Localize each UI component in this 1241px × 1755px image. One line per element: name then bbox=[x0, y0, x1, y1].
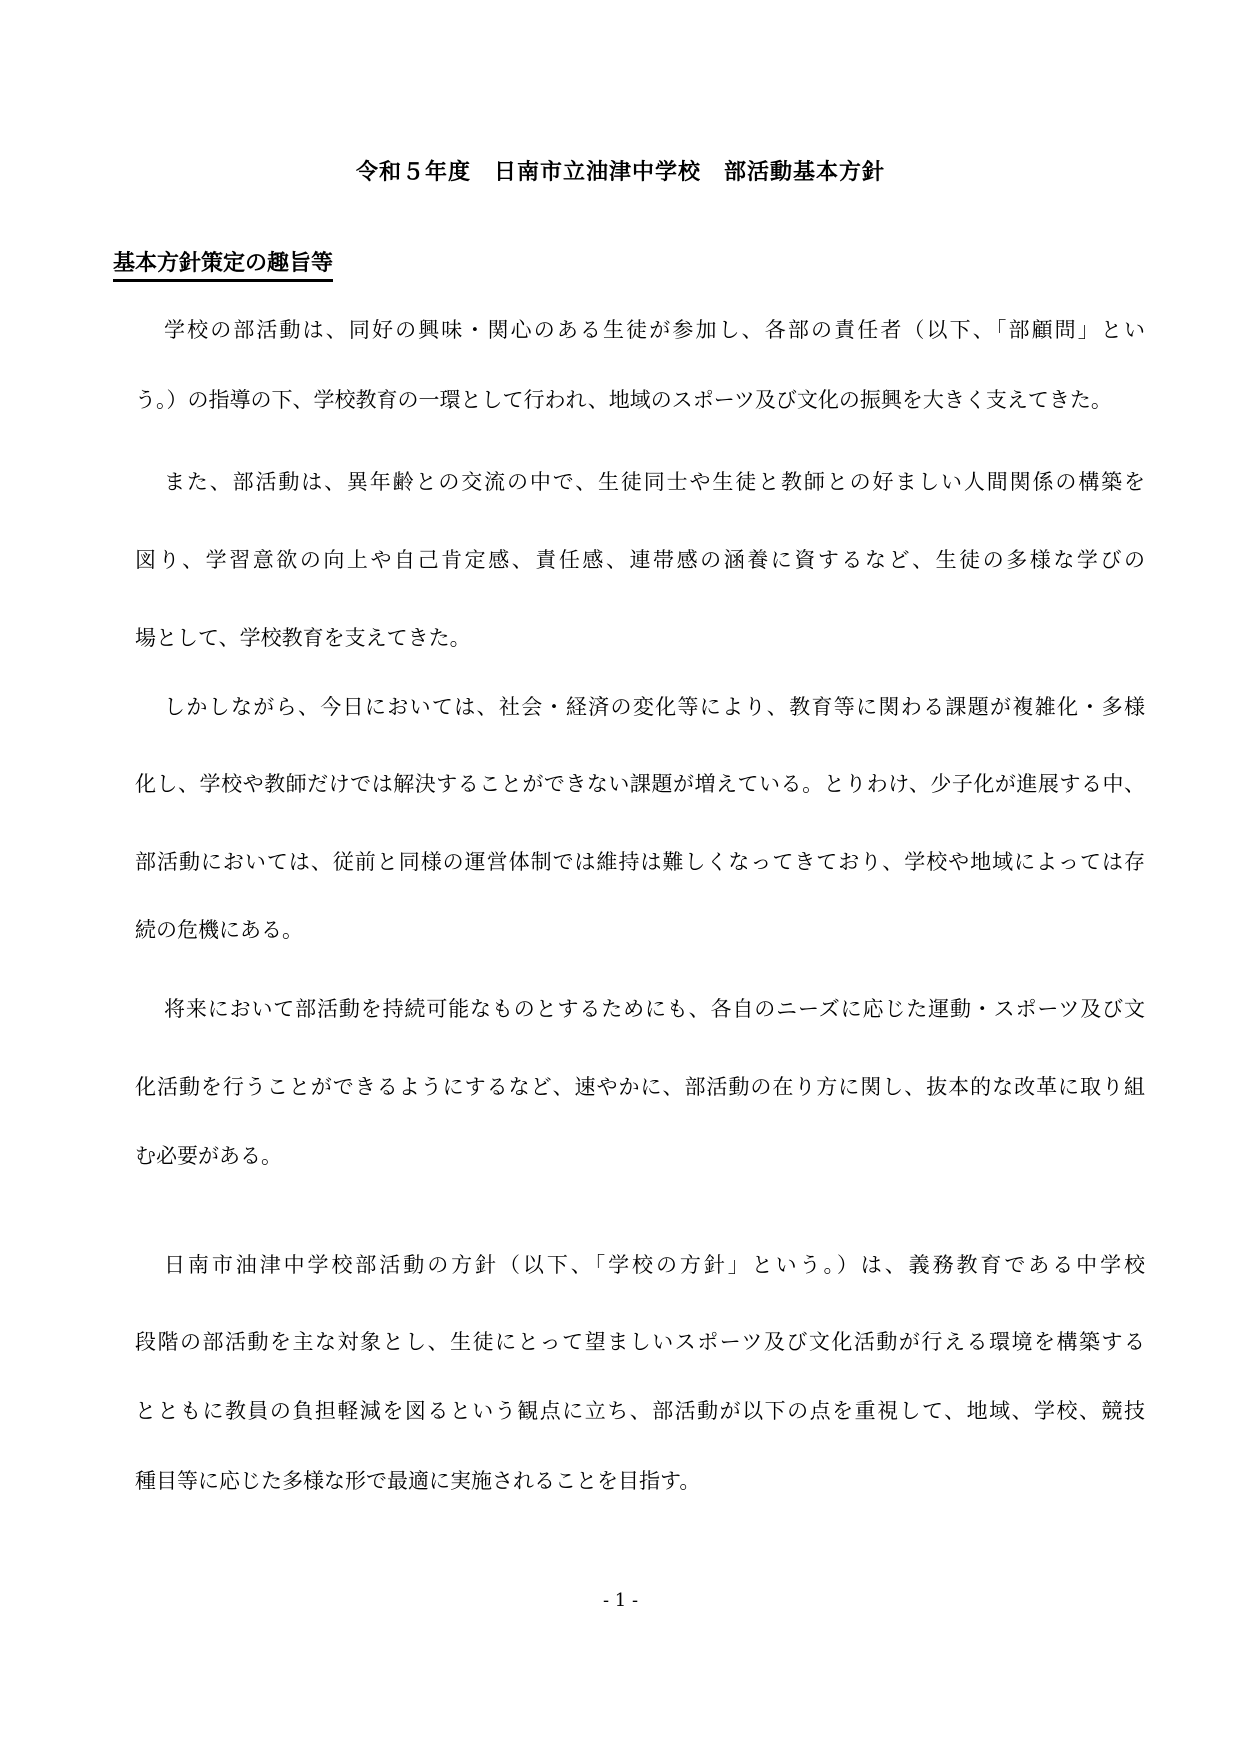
page-number: - 1 - bbox=[0, 1590, 1241, 1611]
document-page: 令和５年度 日南市立油津中学校 部活動基本方針 基本方針策定の趣旨等 学校の部活… bbox=[0, 0, 1241, 1755]
paragraph-line: 日南市油津中学校部活動の方針（以下、「学校の方針」という。）は、義務教育である中… bbox=[135, 1251, 1145, 1279]
paragraph-line: しかしながら、今日においては、社会・経済の変化等により、教育等に関わる課題が複雑… bbox=[135, 693, 1145, 721]
paragraph-line: 図り、学習意欲の向上や自己肯定感、責任感、連帯感の涵養に資するなど、生徒の多様な… bbox=[135, 546, 1145, 574]
paragraph-line: う。）の指導の下、学校教育の一環として行われ、地域のスポーツ及び文化の振興を大き… bbox=[135, 386, 1145, 414]
paragraph-line: とともに教員の負担軽減を図るという観点に立ち、部活動が以下の点を重視して、地域、… bbox=[135, 1397, 1145, 1425]
paragraph-line: む必要がある。 bbox=[135, 1142, 1145, 1170]
document-title: 令和５年度 日南市立油津中学校 部活動基本方針 bbox=[0, 155, 1241, 186]
paragraph-line: 部活動においては、従前と同様の運営体制では維持は難しくなってきており、学校や地域… bbox=[135, 848, 1145, 876]
paragraph-line: また、部活動は、異年齢との交流の中で、生徒同士や生徒と教師との好ましい人間関係の… bbox=[135, 468, 1145, 496]
paragraph-line: 種目等に応じた多様な形で最適に実施されることを目指す。 bbox=[135, 1467, 1145, 1495]
paragraph-line: 続の危機にある。 bbox=[135, 916, 1145, 944]
paragraph-line: 将来において部活動を持続可能なものとするためにも、各自のニーズに応じた運動・スポ… bbox=[135, 995, 1145, 1023]
paragraph-line: 学校の部活動は、同好の興味・関心のある生徒が参加し、各部の責任者（以下、「部顧問… bbox=[135, 316, 1145, 344]
section-heading: 基本方針策定の趣旨等 bbox=[113, 250, 333, 282]
paragraph-line: 場として、学校教育を支えてきた。 bbox=[135, 624, 1145, 652]
paragraph-line: 段階の部活動を主な対象とし、生徒にとって望ましいスポーツ及び文化活動が行える環境… bbox=[135, 1328, 1145, 1356]
paragraph-line: 化し、学校や教師だけでは解決することができない課題が増えている。とりわけ、少子化… bbox=[135, 770, 1145, 798]
paragraph-line: 化活動を行うことができるようにするなど、速やかに、部活動の在り方に関し、抜本的な… bbox=[135, 1073, 1145, 1101]
